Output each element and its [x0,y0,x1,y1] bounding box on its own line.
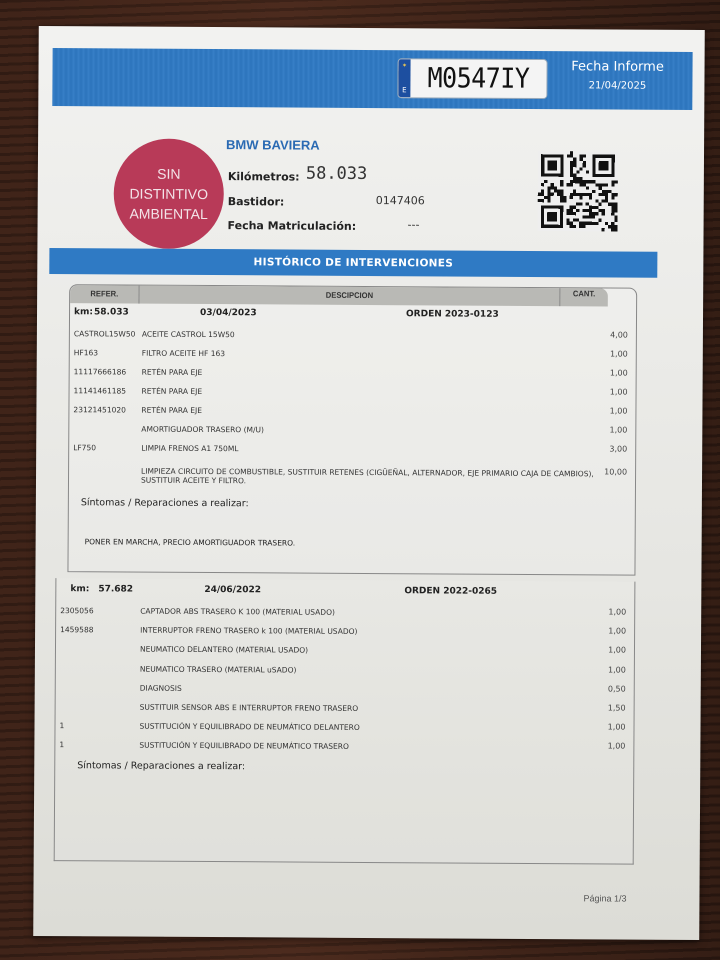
order-header: km:57.68224/06/2022ORDEN 2022-0265 [56,582,634,602]
history-title: HISTÓRICO DE INTERVENCIONES [49,248,657,278]
symptoms-label: Síntomas / Reparaciones a realizar: [77,760,245,772]
table-row: 11141461185RETÉN PARA EJE1,00 [69,386,635,405]
row-ref: 1459588 [60,625,93,634]
history-table: REFER. DESCIPCION CANT. km:58.03303/04/2… [67,284,637,575]
row-ref: 23121451020 [73,405,126,414]
row-description: NEUMATICO DELANTERO (MATERIAL USADO) [140,645,610,657]
row-quantity: 1,00 [608,627,626,636]
table-row: NEUMATICO DELANTERO (MATERIAL USADO)1,00 [56,644,634,664]
row-description: LIMPIEZA CIRCUITO DE COMBUSTIBLE, SUSTIT… [141,467,611,488]
badge-line: DISTINTIVO [114,183,224,204]
table-row: 1SUSTITUCIÓN Y EQUILIBRADO DE NEUMÁTICO … [55,740,633,760]
table-header: REFER. DESCIPCION CANT. [70,285,608,306]
table-row: 1459588INTERRUPTOR FRENO TRASERO k 100 (… [56,625,634,645]
report-date-block: Fecha Informe 21/04/2025 [542,59,692,92]
row-quantity: 1,00 [610,406,628,415]
table-row: 2305056CAPTADOR ABS TRASERO K 100 (MATER… [56,606,634,626]
row-description: FILTRO ACEITE HF 163 [142,349,612,361]
qr-code-icon [538,151,618,231]
row-quantity: 1,50 [608,703,626,712]
row-description: SUSTITUIR SENSOR ABS E INTERRUPTOR FRENO… [140,703,610,715]
row-ref: 2305056 [60,606,93,615]
row-ref: 1 [59,741,64,750]
table-row: CASTROL15W50ACEITE CASTROL 15W504,00 [70,329,636,348]
col-desc: DESCIPCION [139,286,560,307]
table-row: 11117666186RETÉN PARA EJE1,00 [70,367,636,386]
km-label: Kilómetros: [228,170,300,183]
row-description: DIAGNOSIS [140,683,610,695]
row-quantity: 1,00 [610,368,628,377]
row-description: NEUMATICO TRASERO (MATERIAL uSADO) [140,664,610,676]
row-ref: 1 [59,721,64,730]
plate-number: M0547IY [410,58,546,99]
row-quantity: 1,00 [609,425,627,434]
license-plate: ✶ E M0547IY [397,58,547,99]
order-km: 57.682 [98,584,133,594]
row-description: ACEITE CASTROL 15W50 [142,330,612,342]
badge-line: SIN [114,163,224,184]
matriculacion-value: --- [408,218,420,231]
plate-country-code: E [402,86,406,94]
row-quantity: 0,50 [608,684,626,693]
row-description: INTERRUPTOR FRENO TRASERO k 100 (MATERIA… [140,626,610,638]
row-description: CAPTADOR ABS TRASERO K 100 (MATERIAL USA… [140,607,610,619]
report-date: 21/04/2025 [542,80,692,92]
row-quantity: 4,00 [610,330,628,339]
row-ref: LF750 [73,443,96,452]
history-table-continued: km:57.68224/06/2022ORDEN 2022-0265230505… [54,578,636,865]
row-ref: CASTROL15W50 [74,329,136,338]
km-value: 58.033 [306,164,368,184]
row-description: RETÉN PARA EJE [141,406,611,418]
row-quantity: 1,00 [608,742,626,751]
row-quantity: 3,00 [609,444,627,453]
report-date-label: Fecha Informe [543,59,693,75]
row-quantity: 10,00 [604,467,627,476]
row-description: RETÉN PARA EJE [142,368,612,380]
environmental-badge: SIN DISTINTIVO AMBIENTAL [113,138,224,249]
col-ref: REFER. [70,285,139,303]
page-number: Página 1/3 [583,893,626,903]
row-quantity: 1,00 [610,387,628,396]
table-row: LIMPIEZA CIRCUITO DE COMBUSTIBLE, SUSTIT… [69,466,635,485]
order-number: ORDEN 2022-0265 [404,586,497,597]
table-row: 1SUSTITUCIÓN Y EQUILIBRADO DE NEUMÁTICO … [55,721,633,741]
row-ref: HF163 [74,348,98,357]
table-row: AMORTIGUADOR TRASERO (M/U)1,00 [69,424,635,443]
row-description: SUSTITUCIÓN Y EQUILIBRADO DE NEUMÁTICO D… [139,722,609,734]
row-description: LIMPIA FRENOS A1 750ML [141,444,611,456]
row-quantity: 1,00 [610,349,628,358]
header-band: ✶ E M0547IY Fecha Informe 21/04/2025 [52,48,692,110]
order-km: 58.033 [94,307,129,317]
table-row: HF163FILTRO ACEITE HF 1631,00 [70,348,636,367]
row-quantity: 1,00 [608,607,626,616]
table-row: NEUMATICO TRASERO (MATERIAL uSADO)1,00 [56,664,634,684]
eu-flag-icon: ✶ E [398,59,410,97]
symptoms-text: PONER EN MARCHA, PRECIO AMORTIGUADOR TRA… [85,537,296,547]
matriculacion-label: Fecha Matriculación: [228,219,357,233]
table-row: LF750LIMPIA FRENOS A1 750ML3,00 [69,443,635,462]
order-km-label: km: [74,307,93,317]
badge-line: AMBIENTAL [114,203,224,224]
row-description: SUSTITUCIÓN Y EQUILIBRADO DE NEUMÁTICO T… [139,741,609,753]
table-row: DIAGNOSIS0,50 [56,683,634,703]
symptoms-label: Síntomas / Reparaciones a realizar: [81,497,249,509]
order-date: 03/04/2023 [200,308,257,318]
dealer-name: BMW BAVIERA [226,137,320,153]
row-ref: 11141461185 [74,386,127,395]
row-ref: 11117666186 [74,367,127,376]
row-description: RETÉN PARA EJE [142,387,612,399]
col-qty: CANT. [560,288,608,306]
row-description: AMORTIGUADOR TRASERO (M/U) [141,425,611,437]
order-date: 24/06/2022 [204,585,261,595]
order-number: ORDEN 2023-0123 [406,309,499,320]
table-row: 23121451020RETÉN PARA EJE1,00 [69,405,635,424]
table-row: SUSTITUIR SENSOR ABS E INTERRUPTOR FRENO… [56,702,634,722]
row-quantity: 1,00 [608,646,626,655]
bastidor-value: 0147406 [376,194,425,207]
order-header: km:58.03303/04/2023ORDEN 2023-0123 [70,305,636,324]
row-quantity: 1,00 [608,665,626,674]
row-quantity: 1,00 [608,723,626,732]
order-km-label: km: [70,584,89,594]
document-page: ✶ E M0547IY Fecha Informe 21/04/2025 SIN… [33,26,705,940]
bastidor-label: Bastidor: [228,195,285,208]
